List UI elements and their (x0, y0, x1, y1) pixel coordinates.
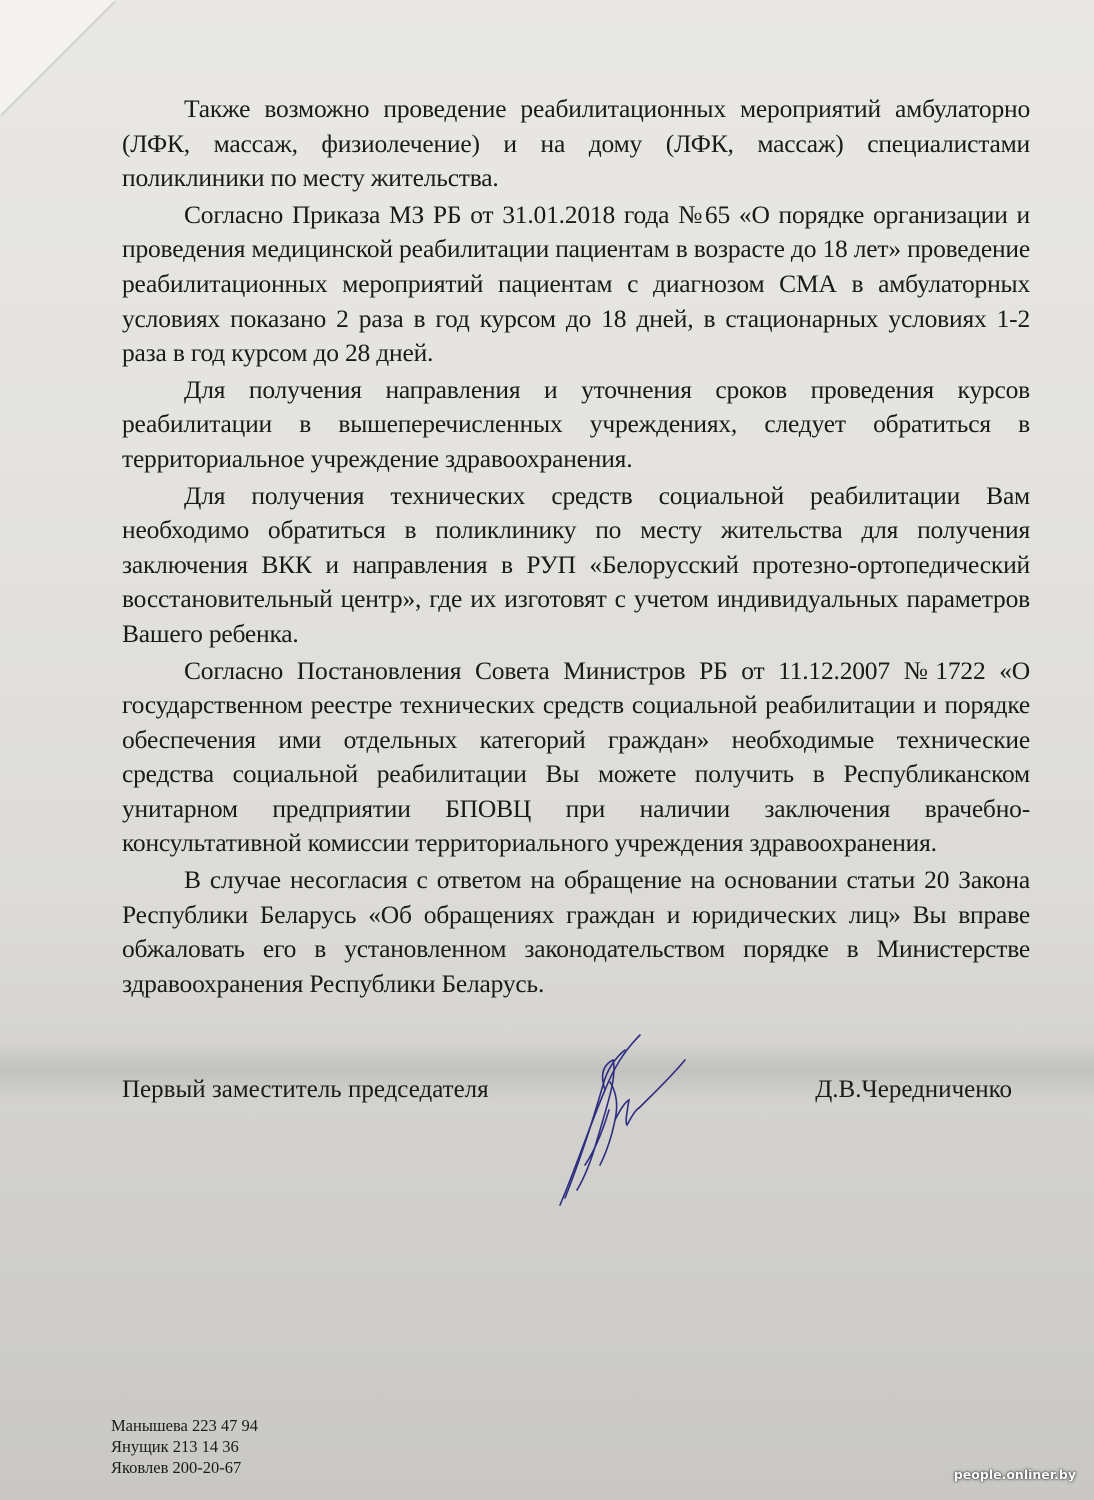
contact-line: Яковлев 200-20-67 (111, 1457, 258, 1478)
signatory-name: Д.В.Чередниченко (815, 1076, 1012, 1104)
paragraph-resolution-1722: Согласно Постановления Совета Министров … (122, 654, 1030, 862)
handwritten-signature-icon (545, 1030, 725, 1210)
letter-body: Также возможно проведение реабилитационн… (122, 92, 1030, 1001)
contact-line: Манышева 223 47 94 (111, 1415, 258, 1436)
contact-line: Янущик 213 14 36 (111, 1436, 258, 1457)
site-watermark: people.onliner.by (954, 1467, 1076, 1482)
paragraph-order-65: Согласно Приказа МЗ РБ от 31.01.2018 год… (122, 198, 1030, 371)
paragraph-rehab-outpatient: Также возможно проведение реабилитационн… (122, 92, 1030, 196)
paragraph-referral: Для получения направления и уточнения ср… (122, 373, 1030, 477)
paper-corner-fold (0, 0, 115, 115)
signatory-title: Первый заместитель председателя (122, 1076, 489, 1104)
contact-list: Манышева 223 47 94 Янущик 213 14 36 Яков… (111, 1415, 258, 1478)
paragraph-appeal: В случае несогласия с ответом на обращен… (122, 863, 1030, 1001)
paragraph-technical-means: Для получения технических средств социал… (122, 479, 1030, 652)
